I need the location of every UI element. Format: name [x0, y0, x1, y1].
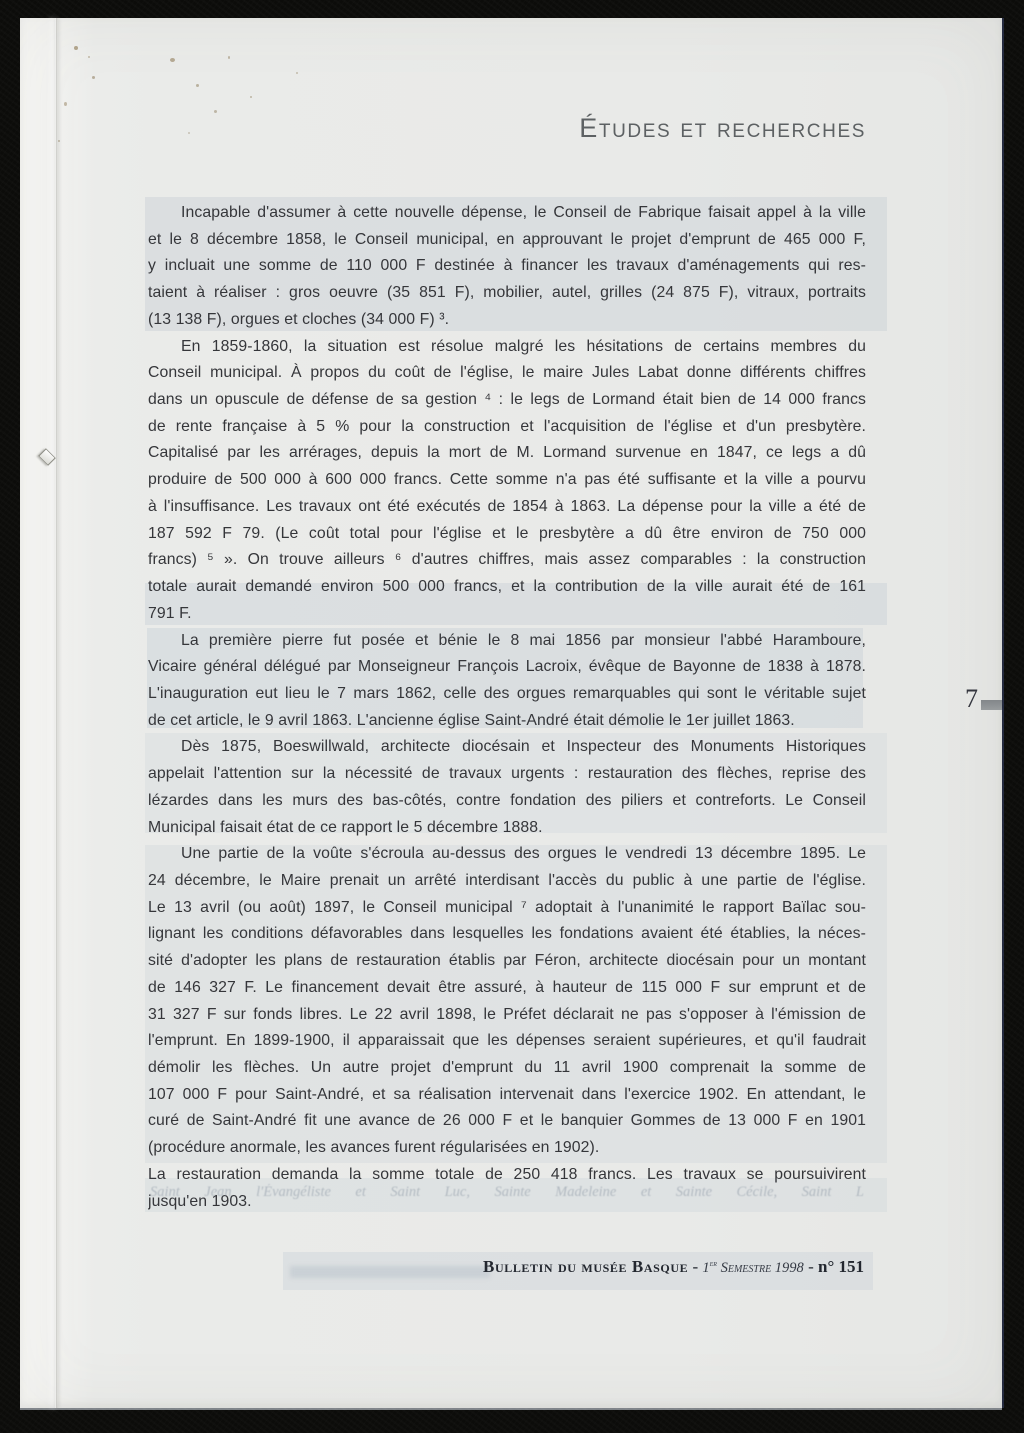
show-through-text: Saint Jean l'Évangéliste et Saint Luc, S… — [150, 1184, 864, 1206]
text-line: Capitalisé par les arrérages, depuis la … — [148, 440, 866, 467]
footer-journal-title: Bulletin du musée Basque — [483, 1257, 688, 1276]
text-line: 31 327 F sur fonds libres. Le 22 avril 1… — [148, 1002, 866, 1029]
text-line: La première pierre fut posée et bénie le… — [148, 628, 866, 655]
text-line: Dès 1875, Boeswillwald, architecte diocé… — [148, 734, 866, 761]
text-line: taient à réaliser : gros oeuvre (35 851 … — [148, 280, 866, 307]
text-line: Le 13 avril (ou août) 1897, le Conseil m… — [148, 895, 866, 922]
text-line: 24 décembre, le Maire prenait un arrêté … — [148, 868, 866, 895]
text-line: produire de 500 000 à 600 000 francs. Ce… — [148, 467, 866, 494]
text-line: 107 000 F pour Saint-André, et sa réalis… — [148, 1082, 866, 1109]
text-line: Vicaire général délégué par Monseigneur … — [148, 654, 866, 681]
footer-separator: - — [688, 1257, 702, 1276]
text-line: L'inauguration eut lieu le 7 mars 1862, … — [148, 681, 866, 708]
page-footer: Bulletin du musée Basque - 1er Semestre … — [148, 1257, 864, 1277]
text-line: à l'insuffisance. Les travaux ont été ex… — [148, 494, 866, 521]
text-line: y incluait une somme de 110 000 F destin… — [148, 253, 866, 280]
text-line: 791 F. — [148, 601, 866, 628]
running-header: Études et recherches — [168, 113, 866, 144]
text-line: lignant les conditions défavorables dans… — [148, 921, 866, 948]
text-line: Incapable d'assumer à cette nouvelle dép… — [148, 200, 866, 227]
text-line: Une partie de la voûte s'écroula au-dess… — [148, 841, 866, 868]
text-line: (13 138 F), orgues et cloches (34 000 F)… — [148, 307, 866, 334]
text-line: démolir les flèches. Un autre projet d'e… — [148, 1055, 866, 1082]
text-line: Municipal faisait état de ce rapport le … — [148, 815, 866, 842]
text-line: Conseil municipal. À propos du coût de l… — [148, 360, 866, 387]
text-line: sité d'adopter les plans de restauration… — [148, 948, 866, 975]
text-line: francs) ⁵ ». On trouve ailleurs ⁶ d'autr… — [148, 547, 866, 574]
text-line: dans un opuscule de défense de sa gestio… — [148, 387, 866, 414]
page-number-tab-bar — [981, 700, 1002, 710]
text-line: de rente française à 5 % pour la constru… — [148, 414, 866, 441]
footer-separator: - — [804, 1257, 818, 1276]
text-line: l'emprunt. En 1899-1900, il apparaissait… — [148, 1028, 866, 1055]
text-line: totale aurait demandé environ 500 000 fr… — [148, 574, 866, 601]
text-line: de cet article, le 9 avril 1863. L'ancie… — [148, 708, 866, 735]
text-line: de 146 327 F. Le financement devait être… — [148, 975, 866, 1002]
text-line: lézardes dans les murs des bas-côtés, co… — [148, 788, 866, 815]
page-number: 7 — [950, 684, 978, 714]
spine-crease — [55, 18, 58, 1408]
text-line: (procédure anormale, les avances furent … — [148, 1135, 866, 1162]
article-text: Incapable d'assumer à cette nouvelle dép… — [148, 200, 866, 1215]
text-line: appelait l'attention sur la nécessité de… — [148, 761, 866, 788]
text-line: En 1859-1860, la situation est résolue m… — [148, 334, 866, 361]
footer-issue: 1er Semestre 1998 — [702, 1260, 803, 1276]
footer-issue-number: n° 151 — [818, 1257, 864, 1276]
text-line: et le 8 décembre 1858, le Conseil munici… — [148, 227, 866, 254]
text-line: curé de Saint-André fit une avance de 26… — [148, 1108, 866, 1135]
text-line: 187 592 F 79. (Le coût total pour l'égli… — [148, 521, 866, 548]
